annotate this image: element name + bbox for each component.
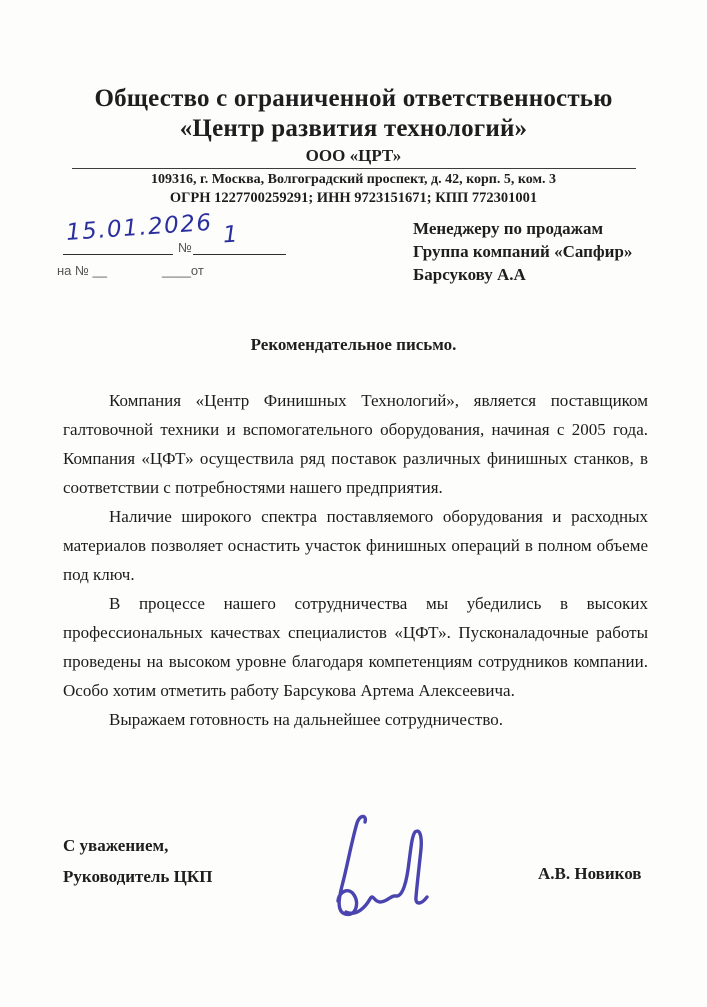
letter-body: Компания «Центр Финишных Технологий», яв… (63, 386, 648, 734)
recipient-block: Менеджеру по продажам Группа компаний «С… (413, 217, 632, 286)
reply-to-label: на № __ (57, 263, 107, 278)
recipient-name: Барсукову А.А (413, 263, 632, 286)
number-sign-label: № (178, 240, 192, 255)
signature-stroke-tail (396, 831, 427, 903)
org-name-line2: «Центр развития технологий» (0, 114, 707, 144)
org-name-line1: Общество с ограниченной ответственностью (0, 84, 707, 114)
letterhead-divider (72, 168, 636, 169)
signature-ink (308, 804, 458, 939)
recipient-company: Группа компаний «Сапфир» (413, 240, 632, 263)
body-paragraph-3: В процессе нашего сотрудничества мы убед… (63, 589, 648, 705)
signer-name: А.В. Новиков (538, 864, 641, 884)
date-underline (63, 254, 173, 255)
closing-position: Руководитель ЦКП (63, 867, 212, 887)
handwritten-number: 1 (222, 222, 238, 249)
letter-page: Общество с ограниченной ответственностью… (0, 0, 707, 1007)
recipient-position: Менеджеру по продажам (413, 217, 632, 240)
reply-from-label: ____от (162, 263, 204, 278)
number-underline (193, 254, 286, 255)
signature-stroke-main (338, 817, 365, 915)
body-paragraph-4: Выражаем готовность на дальнейшее сотруд… (63, 705, 648, 734)
letterhead: Общество с ограниченной ответственностью… (0, 84, 707, 207)
body-paragraph-2: Наличие широкого спектра поставляемого о… (63, 502, 648, 589)
closing-salutation: С уважением, (63, 836, 168, 856)
org-registration: ОГРН 1227700259291; ИНН 9723151671; КПП … (0, 189, 707, 207)
org-address: 109316, г. Москва, Волгоградский проспек… (0, 171, 707, 189)
letter-title: Рекомендательное письмо. (0, 335, 707, 355)
body-paragraph-1: Компания «Центр Финишных Технологий», яв… (63, 386, 648, 502)
reference-block: 15.01.2026 № 1 на № __ ____от (57, 218, 297, 288)
org-short-name: ООО «ЦРТ» (0, 145, 707, 166)
